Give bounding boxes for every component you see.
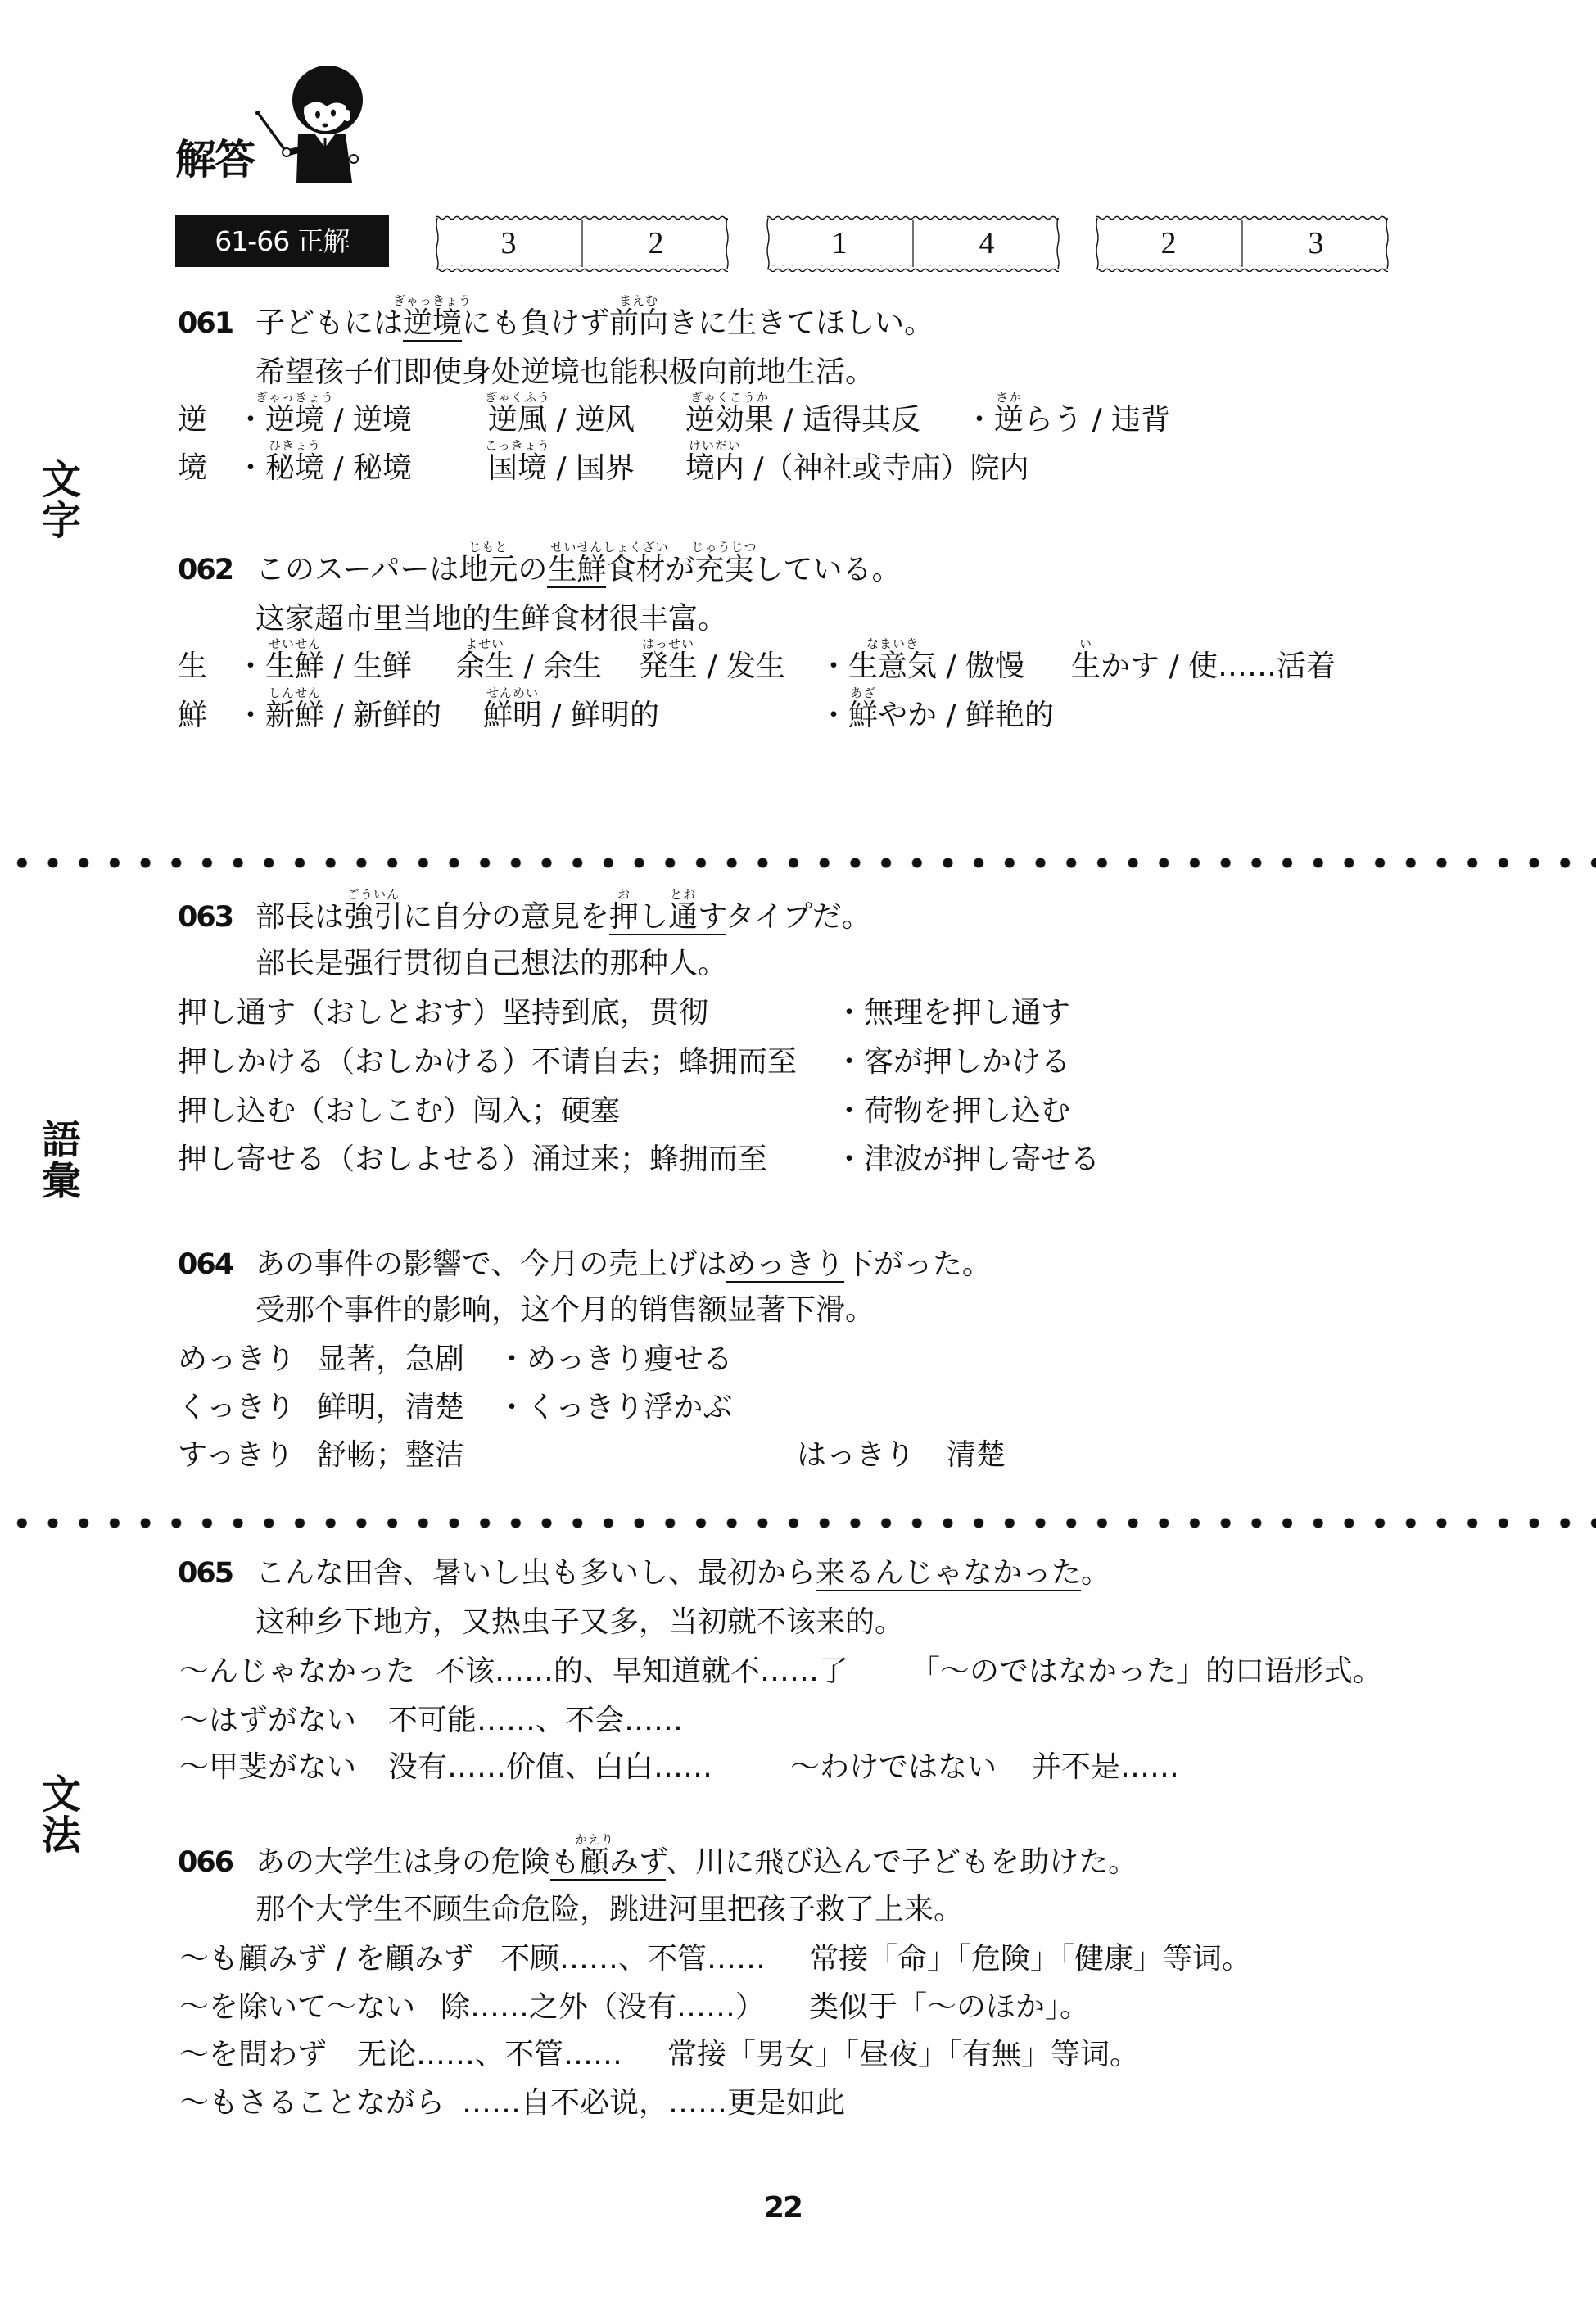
ruby-base: 余生 xyxy=(455,650,514,683)
furigana: あざ xyxy=(850,687,876,699)
answer-group-2: 1 4 xyxy=(766,215,1060,272)
ruby-base: 鮮明 xyxy=(483,699,542,732)
ruby-base: 前向 xyxy=(609,306,668,340)
ruby-word: 逆境ぎゃっきょう xyxy=(403,309,462,338)
ruby-base: 押 xyxy=(609,900,639,934)
furigana: けいだい xyxy=(689,440,741,452)
bullet: ・ xyxy=(819,699,848,732)
ruby-word: 逆さか xyxy=(994,405,1024,435)
vocab-meaning: / 余生 xyxy=(514,650,602,683)
grammar-meaning: 除……之外（没有……） xyxy=(441,1993,765,2022)
furigana: ひきょう xyxy=(269,440,321,452)
grammar-meaning: 不该……的、早知道就不……了 xyxy=(436,1657,848,1686)
sentence-text: きに生きてほしい。 xyxy=(668,306,934,340)
vocab-item: ・逆境ぎゃっきょう / 逆境 xyxy=(236,405,412,435)
grammar-note: 常接「命」「危険」「健康」等词。 xyxy=(809,1944,1251,1974)
answer-064: 4 xyxy=(913,215,1060,272)
vocab-meaning: 鲜明，清楚 xyxy=(317,1393,464,1423)
ruby-word: 生鮮せいせん xyxy=(265,652,324,681)
ruby-base: 通 xyxy=(668,900,698,934)
vocab-item: 境内けいだい /（神社或寺庙）院内 xyxy=(685,454,1029,483)
ruby-base: 食材 xyxy=(606,553,665,586)
question-number: 062 xyxy=(178,555,233,585)
sentence-text: あの大学生は身の危険 xyxy=(255,1845,550,1879)
ruby-word: 秘境ひきょう xyxy=(265,454,324,483)
ruby-base: 発生 xyxy=(639,650,698,683)
dotted-divider xyxy=(0,1518,1596,1528)
ruby-base: 新鮮 xyxy=(265,699,324,732)
question-sentence: 子どもには逆境ぎゃっきょうにも負けず前向まえむきに生きてほしい。 xyxy=(255,309,934,338)
ruby-word: 通とお xyxy=(668,903,698,932)
grammar-meaning: 不顾……、不管…… xyxy=(500,1944,766,1974)
grammar-pattern: ～わけではない xyxy=(790,1753,997,1782)
answer-group-1: 3 2 xyxy=(435,215,730,272)
grammar-note: 常接「男女」「昼夜」「有無」等词。 xyxy=(667,2040,1139,2070)
vocab-item: 生いかす / 使……活着 xyxy=(1071,652,1336,681)
furigana: ごういん xyxy=(347,889,400,901)
bullet: ・ xyxy=(236,403,265,437)
question-sentence: こんな田舎、暑いし虫も多いし、最初から来るんじゃなかった。 xyxy=(255,1559,1110,1588)
sentence-text: みず xyxy=(609,1845,666,1879)
answer-range-label: 61-66 正解 xyxy=(175,215,389,267)
vocab-meaning: / 逆境 xyxy=(324,403,412,437)
ruby-word: 生い xyxy=(1071,652,1101,681)
ruby-base: 逆境 xyxy=(403,306,462,340)
sentence-text: している。 xyxy=(754,553,902,586)
vocab-meaning: / 发生 xyxy=(698,650,785,683)
kanji-label: 生 xyxy=(178,652,207,681)
translation: 这家超市里当地的生鲜食材很丰富。 xyxy=(255,604,727,634)
furigana: ぎゃくふう xyxy=(485,392,550,404)
question-sentence: あの大学生は身の危険も顧かえりみず、川に飛び込んで子どもを助けた。 xyxy=(255,1848,1137,1877)
sentence-text: が xyxy=(665,553,694,586)
ruby-word: 顧かえり xyxy=(580,1848,609,1877)
ruby-base: 地元 xyxy=(459,553,518,586)
vocab-meaning: / 国界 xyxy=(547,451,635,485)
ruby-word: 生意気なまいき xyxy=(848,652,937,681)
vocab-item: ・鮮あざやか / 鲜艳的 xyxy=(819,701,1054,731)
ruby-word: 国境こっきょう xyxy=(488,454,547,483)
vocab-word: はっきり xyxy=(797,1441,915,1470)
vocab-item: 逆風ぎゃくふう / 逆风 xyxy=(488,405,635,435)
furigana: せいせん xyxy=(269,638,321,650)
vocab-term: 押し寄せる（おしよせる）涌过来；蜂拥而至 xyxy=(178,1145,767,1175)
ruby-base: 生 xyxy=(1071,650,1101,683)
answer-062: 2 xyxy=(582,215,730,272)
sentence-text: の xyxy=(518,553,547,586)
question-sentence: このスーパーは地元じもとの生鮮せいせん食材しょくざいが充実じゅうじつしている。 xyxy=(255,555,902,585)
grammar-note: 「～のではなかった」的口语形式。 xyxy=(911,1657,1382,1686)
grammar-note: 类似于「～のほか」。 xyxy=(809,1993,1089,2022)
furigana: さか xyxy=(996,392,1022,404)
kanji-label: 鮮 xyxy=(178,701,207,731)
ruby-word: 強引ごういん xyxy=(344,903,403,932)
vocab-meaning: 清楚 xyxy=(947,1441,1006,1470)
vocab-term: 押し通す（おしとおす）坚持到底，贯彻 xyxy=(178,998,708,1028)
vocab-item: ・新鮮しんせん / 新鲜的 xyxy=(236,701,441,731)
vocab-meaning: / 逆风 xyxy=(547,403,635,437)
ruby-base: 境内 xyxy=(685,451,744,485)
bullet: ・ xyxy=(965,403,994,437)
grammar-pattern: ～甲斐がない xyxy=(179,1753,356,1782)
furigana: せいせん xyxy=(550,541,603,554)
vocab-item: 国境こっきょう / 国界 xyxy=(488,454,635,483)
ruby-word: 逆風ぎゃくふう xyxy=(488,405,547,435)
grammar-pattern: ～を問わず xyxy=(179,2040,327,2070)
vocab-item: 余生よせい / 余生 xyxy=(455,652,602,681)
underlined-target: 生鮮せいせん xyxy=(547,553,606,588)
grammar-meaning: 无论……、不管…… xyxy=(357,2040,622,2070)
page-number: 22 xyxy=(762,2192,804,2225)
sentence-text: 、川に飛び込んで子どもを助けた。 xyxy=(666,1845,1137,1879)
vocab-meaning: やか / 鲜艳的 xyxy=(878,699,1054,732)
vocab-meaning: / 秘境 xyxy=(324,451,412,485)
underlined-target: 来るんじゃなかった xyxy=(816,1556,1081,1591)
question-sentence: 部長は強引ごういんに自分の意見を押おし通とおすタイプだ。 xyxy=(255,903,871,932)
ruby-base: 顧 xyxy=(580,1845,609,1879)
teacher-girl-pointer-icon xyxy=(246,59,368,190)
vocab-item: ・逆さからう / 违背 xyxy=(965,405,1170,435)
vocab-example: ・めっきり痩せる xyxy=(497,1345,733,1374)
ruby-base: 生鮮 xyxy=(547,553,606,586)
vocab-meaning: / 鲜明的 xyxy=(542,699,659,732)
sentence-text: こんな田舎、暑いし虫も多いし、最初から xyxy=(255,1556,816,1590)
ruby-base: 生意気 xyxy=(848,650,937,683)
answer-061: 3 xyxy=(435,215,582,272)
furigana: じゅうじつ xyxy=(691,541,757,554)
translation: 希望孩子们即使身处逆境也能积极向前地生活。 xyxy=(255,358,875,387)
kanji-label: 逆 xyxy=(178,405,207,435)
ruby-word: 発生はっせい xyxy=(639,652,698,681)
bullet: ・ xyxy=(236,451,265,485)
answer-page: 解答 61-66 正解 3 2 xyxy=(0,0,1596,2322)
vocab-meaning: 舒畅；整洁 xyxy=(317,1441,464,1470)
furigana: なまいき xyxy=(866,638,919,650)
ruby-word: 鮮あざ xyxy=(848,701,878,731)
vocab-example: ・無理を押し通す xyxy=(834,998,1070,1028)
section-label-bunpo: 文法 xyxy=(39,1774,84,1856)
ruby-word: 前向まえむ xyxy=(609,309,668,338)
page-title: 解答 xyxy=(175,136,254,183)
vocab-meaning: らう / 违背 xyxy=(1024,403,1170,437)
bullet: ・ xyxy=(819,650,848,683)
vocab-word: すっきり xyxy=(178,1441,294,1470)
ruby-base: 逆 xyxy=(994,403,1024,437)
vocab-example: ・客が押しかける xyxy=(834,1048,1070,1077)
furigana: お xyxy=(617,889,631,901)
sentence-text: も xyxy=(550,1845,580,1879)
ruby-base: 鮮 xyxy=(848,699,878,732)
ruby-word: 食材しょくざい xyxy=(606,555,665,585)
sentence-text: タイプだ。 xyxy=(726,900,871,934)
ruby-base: 充実 xyxy=(694,553,753,586)
vocab-meaning: / 傲慢 xyxy=(937,650,1024,683)
vocab-item: ・秘境ひきょう / 秘境 xyxy=(236,454,412,483)
vocab-meaning: かす / 使……活着 xyxy=(1101,650,1336,683)
vocab-example: ・津波が押し寄せる xyxy=(834,1145,1100,1175)
section-label-moji: 文字 xyxy=(39,459,84,541)
vocab-example: ・荷物を押し込む xyxy=(834,1097,1070,1126)
sentence-text: に自分の意見を xyxy=(403,900,609,934)
question-number: 066 xyxy=(178,1848,233,1877)
translation: 这种乡下地方，又热虫子又多，当初就不该来的。 xyxy=(255,1608,904,1637)
vocab-meaning: / 生鲜 xyxy=(324,650,412,683)
translation: 部长是强行贯彻自己想法的那种人。 xyxy=(255,949,727,979)
furigana: よせい xyxy=(465,638,504,650)
vocab-example: ・くっきり浮かぶ xyxy=(497,1393,732,1423)
question-number: 061 xyxy=(178,309,233,338)
sentence-text: 。 xyxy=(1081,1556,1110,1590)
ruby-base: 強引 xyxy=(344,900,403,934)
grammar-pattern: ～んじゃなかった xyxy=(179,1657,415,1686)
vocab-term: 押し込む（おしこむ）闯入；硬塞 xyxy=(178,1097,620,1126)
ruby-word: 生鮮せいせん xyxy=(547,555,606,585)
vocab-item: ・生鮮せいせん / 生鲜 xyxy=(236,652,412,681)
grammar-meaning: 不可能……、不会…… xyxy=(388,1706,683,1736)
sentence-text: 下がった。 xyxy=(844,1247,992,1281)
vocab-meaning: 显著，急剧 xyxy=(317,1345,464,1374)
ruby-word: 鮮明せんめい xyxy=(483,701,542,731)
furigana: ぎゃくこうか xyxy=(690,392,769,404)
vocab-word: めっきり xyxy=(178,1345,296,1374)
furigana: まえむ xyxy=(619,295,658,307)
bullet: ・ xyxy=(236,699,265,732)
ruby-word: 境内けいだい xyxy=(685,454,744,483)
grammar-meaning: 没有……价值、白白…… xyxy=(388,1753,712,1782)
bullet: ・ xyxy=(236,650,265,683)
question-number: 063 xyxy=(178,903,233,932)
kanji-label: 境 xyxy=(178,454,207,483)
dotted-divider xyxy=(0,858,1596,868)
sentence-text: す xyxy=(698,900,725,934)
translation: 那个大学生不顾生命危险，跳进河里把孩子救了上来。 xyxy=(255,1895,963,1925)
ruby-base: 国境 xyxy=(488,451,547,485)
ruby-word: 地元じもと xyxy=(459,555,518,585)
vocab-item: 鮮明せんめい / 鲜明的 xyxy=(483,701,659,731)
vocab-meaning: / 新鲜的 xyxy=(324,699,441,732)
ruby-word: 逆効果ぎゃくこうか xyxy=(685,405,774,435)
furigana: しんせん xyxy=(269,687,321,699)
question-number: 065 xyxy=(178,1559,233,1588)
ruby-base: 逆境 xyxy=(265,403,324,437)
ruby-base: 秘境 xyxy=(265,451,324,485)
grammar-meaning: 并不是…… xyxy=(1032,1753,1179,1782)
underlined-target: 押おし通とおす xyxy=(609,900,726,935)
vocab-item: 逆効果ぎゃくこうか / 适得其反 xyxy=(685,405,920,435)
sentence-text: このスーパーは xyxy=(255,553,459,586)
underlined-target: も顧かえりみず xyxy=(550,1845,666,1881)
grammar-pattern: ～はずがない xyxy=(179,1706,356,1736)
answer-group-3: 2 3 xyxy=(1095,215,1390,272)
grammar-pattern: ～も顧みず / を顧みず xyxy=(179,1944,473,1974)
furigana: ぎゃっきょう xyxy=(255,392,334,404)
vocab-term: 押しかける（おしかける）不请自去；蜂拥而至 xyxy=(178,1048,797,1077)
sentence-text: 子どもには xyxy=(255,306,403,340)
answer-065: 2 xyxy=(1095,215,1242,272)
furigana: かえり xyxy=(575,1834,614,1846)
grammar-pattern: ～もさることながら xyxy=(179,2089,445,2118)
furigana: はっせい xyxy=(642,638,694,650)
vocab-meaning: /（神社或寺庙）院内 xyxy=(744,451,1029,485)
vocab-item: 発生はっせい / 发生 xyxy=(639,652,785,681)
underlined-target: めっきり xyxy=(726,1247,844,1283)
ruby-word: 逆境ぎゃっきょう xyxy=(265,405,324,435)
furigana: せんめい xyxy=(486,687,539,699)
furigana: い xyxy=(1079,638,1092,650)
section-label-goi: 語彙 xyxy=(39,1120,84,1202)
translation: 受那个事件的影响，这个月的销售额显著下滑。 xyxy=(255,1296,875,1325)
question-sentence: あの事件の影響で、今月の売上げはめっきり下がった。 xyxy=(255,1250,992,1279)
answer-063: 1 xyxy=(766,215,913,272)
furigana: ぎゃっきょう xyxy=(393,295,472,307)
ruby-word: 押お xyxy=(609,903,639,932)
grammar-pattern: ～を除いて～ない xyxy=(179,1993,415,2022)
answer-066: 3 xyxy=(1242,215,1390,272)
vocab-item: ・生意気なまいき / 傲慢 xyxy=(819,652,1024,681)
ruby-word: 余生よせい xyxy=(455,652,514,681)
sentence-text: あの事件の影響で、今月の売上げは xyxy=(255,1247,726,1281)
ruby-word: 充実じゅうじつ xyxy=(694,555,753,585)
sentence-text: にも負けず xyxy=(462,306,609,340)
ruby-word: 新鮮しんせん xyxy=(265,701,324,731)
grammar-meaning: ……自不必说，……更是如此 xyxy=(462,2089,845,2118)
vocab-word: くっきり xyxy=(178,1393,295,1423)
vocab-meaning: / 适得其反 xyxy=(774,403,920,437)
underlined-target: 逆境ぎゃっきょう xyxy=(403,306,462,342)
ruby-base: 逆効果 xyxy=(685,403,774,437)
furigana: しょくざい xyxy=(603,541,668,554)
furigana: じもと xyxy=(468,541,508,554)
furigana: とお xyxy=(670,889,696,901)
question-number: 064 xyxy=(178,1250,233,1279)
ruby-base: 逆風 xyxy=(488,403,547,437)
furigana: こっきょう xyxy=(485,440,550,452)
sentence-text: し xyxy=(639,900,668,934)
ruby-base: 生鮮 xyxy=(265,650,324,683)
sentence-text: 部長は xyxy=(255,900,344,934)
